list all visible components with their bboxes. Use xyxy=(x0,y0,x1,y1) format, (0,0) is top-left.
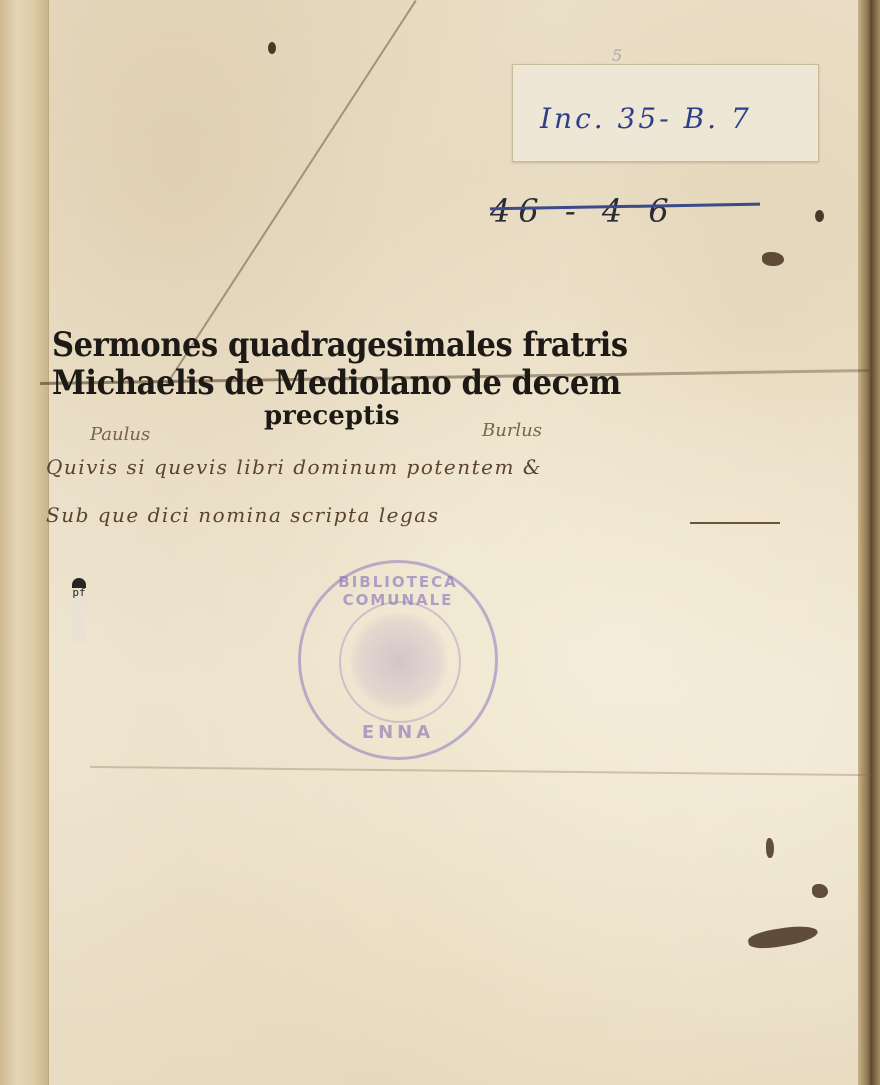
stamp-text-bottom: ENNA xyxy=(301,722,495,743)
manuscript-name-left: Paulus xyxy=(90,424,150,445)
library-stamp: BIBLIOTECA COMUNALE ENNA xyxy=(298,560,498,760)
paper-damage xyxy=(766,838,774,858)
page-scan: 5 Inc. 35- B. 7 46 - 4 6 Sermones quadra… xyxy=(0,0,880,1085)
paper-damage xyxy=(747,922,819,952)
page-tab-marker: pf xyxy=(72,578,86,642)
coat-of-arms-icon xyxy=(351,613,447,709)
printed-title: Sermones quadragesimales fratris Michael… xyxy=(52,326,652,430)
wormhole xyxy=(815,210,824,222)
title-line-1: Sermones quadragesimales fratris xyxy=(52,326,592,364)
shelfmark-text: Inc. 35- B. 7 xyxy=(540,102,752,135)
old-shelfmark: 46 - 4 6 xyxy=(490,192,677,230)
page-edge xyxy=(858,0,880,1085)
manuscript-line-2: Sub que dici nomina scripta legas xyxy=(46,503,439,527)
manuscript-name-right: Burlus xyxy=(482,420,542,441)
pencil-note: 5 xyxy=(612,46,622,65)
paper-damage xyxy=(812,884,828,898)
paper-damage xyxy=(762,252,784,266)
manuscript-dash xyxy=(690,522,780,524)
lower-fold-crease xyxy=(90,766,870,776)
binding-spine xyxy=(0,0,49,1085)
manuscript-line-1: Quivis si quevis libri dominum potentem … xyxy=(46,455,542,479)
title-line-2: Michaelis de Mediolano de decem xyxy=(52,364,592,402)
stamp-text-top: BIBLIOTECA COMUNALE xyxy=(301,573,495,609)
wormhole xyxy=(268,42,276,54)
